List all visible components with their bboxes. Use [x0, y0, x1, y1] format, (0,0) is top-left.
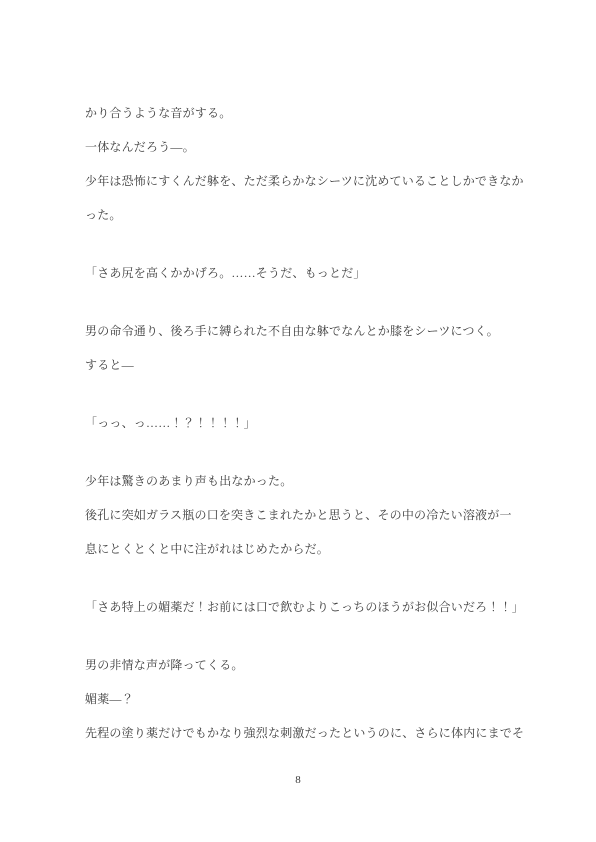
blank-line: [85, 566, 518, 590]
text-line: 先程の塗り薬だけでもかなり強烈な刺激だったというのに、さらに体内にまでそ: [85, 716, 518, 750]
text-line: 男の命令通り、後ろ手に縛られた不自由な躰でなんとか膝をシーツにつく。: [85, 314, 518, 348]
document-page: かり合うような音がする。一体なんだろう―。少年は恐怖にすくんだ躰を、ただ柔らかな…: [0, 0, 596, 842]
page-number: 8: [295, 774, 301, 786]
text-line: った。: [85, 198, 518, 232]
text-line: 少年は驚きのあまり声も出なかった。: [85, 464, 518, 498]
blank-line: [85, 440, 518, 464]
blank-line: [85, 382, 518, 406]
blank-line: [85, 290, 518, 314]
text-line: 少年は恐怖にすくんだ躰を、ただ柔らかなシーツに沈めていることしかできなか: [85, 164, 518, 198]
text-line: 「さあ特上の媚薬だ！お前には口で飲むよりこっちのほうがお似合いだろ！！」: [85, 590, 518, 624]
text-line: かり合うような音がする。: [85, 96, 518, 130]
page-body: かり合うような音がする。一体なんだろう―。少年は恐怖にすくんだ躰を、ただ柔らかな…: [0, 0, 596, 750]
text-line: 媚薬―？: [85, 682, 518, 716]
text-line: 「っっ、っ……！？！！！！」: [85, 406, 518, 440]
text-line: 「さあ尻を高くかかげろ。……そうだ、もっとだ」: [85, 256, 518, 290]
text-line: 一体なんだろう―。: [85, 130, 518, 164]
text-line: 息にとくとくと中に注がれはじめたからだ。: [85, 532, 518, 566]
text-line: 後孔に突如ガラス瓶の口を突きこまれたかと思うと、その中の冷たい溶液が一: [85, 498, 518, 532]
text-line: 男の非情な声が降ってくる。: [85, 648, 518, 682]
text-line: すると―: [85, 348, 518, 382]
blank-line: [85, 624, 518, 648]
page-footer: 8: [0, 772, 596, 788]
blank-line: [85, 232, 518, 256]
